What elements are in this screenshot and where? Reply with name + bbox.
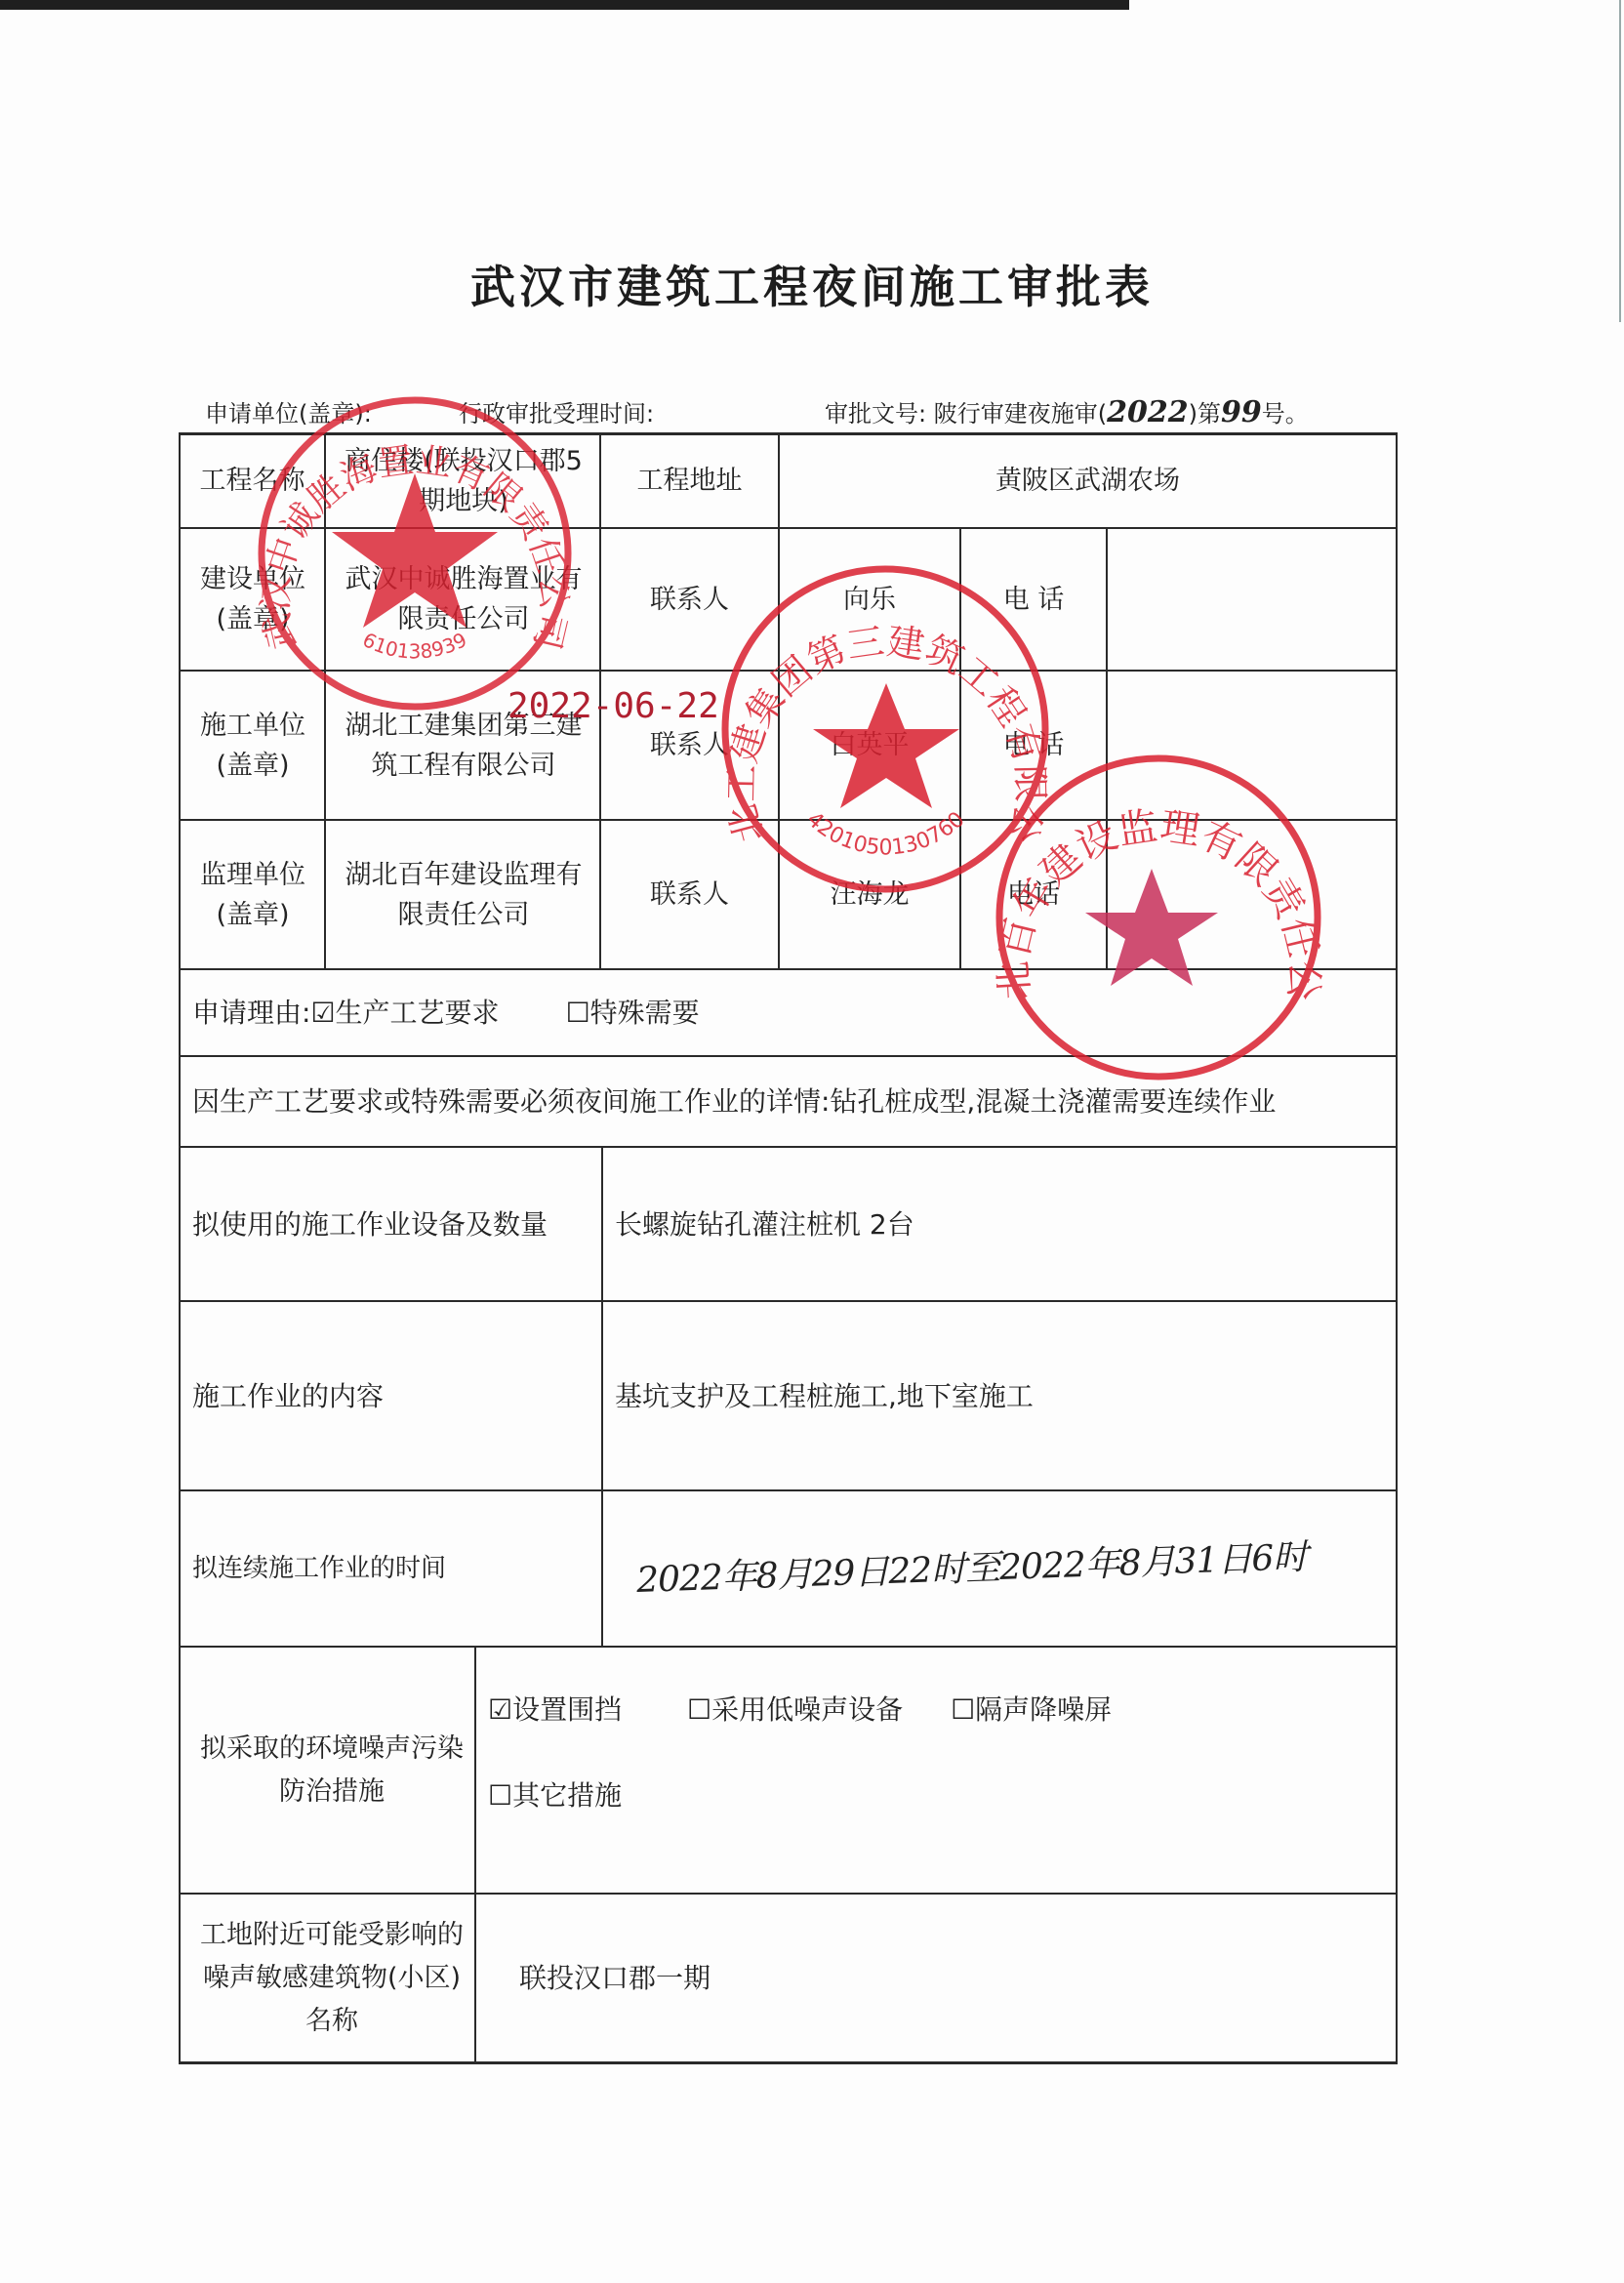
constructor-contact-label: 联系人 [601, 672, 778, 819]
project-address-value: 黄陂区武湖农场 [780, 434, 1396, 527]
table-rule [324, 432, 326, 969]
applicant-label: 申请单位(盖章): [205, 394, 372, 428]
equipment-label: 拟使用的施工作业设备及数量 [181, 1148, 601, 1300]
builder-contact-label: 联系人 [601, 529, 778, 670]
supervisor-phone-value[interactable] [1108, 821, 1396, 968]
sensitive-label: 工地附近可能受影响的噪声敏感建筑物(小区)名称 [195, 1895, 468, 2061]
builder-label: 建设单位(盖章) [190, 529, 315, 670]
noise-option-low-noise[interactable]: ☐采用低噪声设备 [687, 1689, 903, 1728]
table-border-bottom [180, 2061, 1398, 2064]
time-value: 2022年8月29日22时至2022年8月31日6时 [625, 1491, 1396, 1646]
reason-option-special[interactable]: ☐特殊需要 [566, 993, 700, 1033]
project-name-label: 工程名称 [181, 434, 324, 527]
supervisor-label: 监理单位(盖章) [190, 821, 315, 968]
constructor-label: 施工单位(盖章) [190, 672, 315, 819]
approval-year: 2022 [1107, 395, 1189, 429]
checkbox-empty-icon[interactable]: ☐ [687, 1693, 711, 1726]
noise-label: 拟采取的环境噪声污染防治措施 [200, 1648, 464, 1893]
approval-serial: 99 [1221, 395, 1262, 429]
noise-option-fence[interactable]: ☑设置围挡 [488, 1689, 622, 1728]
scan-edge-bar [0, 0, 1129, 10]
form-title: 武汉市建筑工程夜间施工审批表 [0, 252, 1624, 316]
approval-suffix: 号。 [1262, 400, 1309, 428]
supervisor-contact-label: 联系人 [601, 821, 778, 968]
time-label: 拟连续施工作业的时间 [181, 1491, 601, 1646]
details-text: 因生产工艺要求或特殊需要必须夜间施工作业的详情:钻孔桩成型,混凝土浇灌需要连续作… [181, 1057, 1396, 1146]
noise-options-line1: ☑设置围挡 ☐采用低噪声设备 ☐隔声降噪屏 [488, 1689, 1178, 1728]
checkbox-empty-icon[interactable]: ☐ [566, 997, 590, 1029]
project-name-value: 商住楼(联投汉口郡5期地块) [337, 434, 590, 527]
builder-phone-value[interactable] [1108, 529, 1396, 670]
noise-option-other[interactable]: ☐其它措施 [488, 1774, 622, 1814]
approval-mid: )第 [1189, 400, 1221, 428]
reason-row: 申请理由: ☑生产工艺要求 ☐特殊需要 [181, 970, 1396, 1055]
constructor-phone-label: 电 话 [961, 672, 1106, 819]
checkbox-empty-icon[interactable]: ☐ [488, 1779, 512, 1812]
handwritten-time: 2022年8月29日22时至2022年8月31日6时 [635, 1537, 1307, 1601]
sensitive-value: 联投汉口郡一期 [507, 1895, 1396, 2061]
project-address-label: 工程地址 [601, 434, 778, 527]
approval-prefix: 审批文号: 陂行审建夜施审( [825, 400, 1107, 428]
builder-contact-value: 向乐 [780, 529, 959, 670]
builder-value: 武汉中诚胜海置业有限责任公司 [337, 529, 590, 670]
constructor-value: 湖北工建集团第三建筑工程有限公司 [337, 672, 590, 819]
supervisor-value: 湖北百年建设监理有限责任公司 [337, 821, 590, 968]
reason-label: 申请理由: [192, 993, 310, 1033]
table-rule [474, 1647, 476, 2063]
noise-options-line2: ☐其它措施 [488, 1774, 688, 1814]
noise-option-barrier[interactable]: ☐隔声降噪屏 [951, 1689, 1112, 1728]
content-label: 施工作业的内容 [181, 1302, 601, 1489]
content-value: 基坑支护及工程桩施工,地下室施工 [603, 1302, 1396, 1489]
table-border-right [1396, 432, 1398, 2064]
checkbox-empty-icon[interactable]: ☐ [951, 1693, 975, 1726]
accept-time-label: 行政审批受理时间: [459, 394, 654, 428]
checkbox-checked-icon[interactable]: ☑ [488, 1693, 512, 1726]
builder-phone-label: 电 话 [961, 529, 1106, 670]
supervisor-contact-value: 汪海龙 [780, 821, 959, 968]
constructor-phone-value[interactable] [1108, 672, 1396, 819]
checkbox-checked-icon[interactable]: ☑ [310, 997, 335, 1029]
approval-number: 审批文号: 陂行审建夜施审(2022)第99号。 [825, 394, 1309, 429]
supervisor-phone-label: 电话 [961, 821, 1106, 968]
constructor-contact-value: 白英平 [780, 672, 959, 819]
equipment-value: 长螺旋钻孔灌注桩机 2台 [603, 1148, 1396, 1300]
reason-option-process[interactable]: ☑生产工艺要求 [310, 993, 499, 1033]
